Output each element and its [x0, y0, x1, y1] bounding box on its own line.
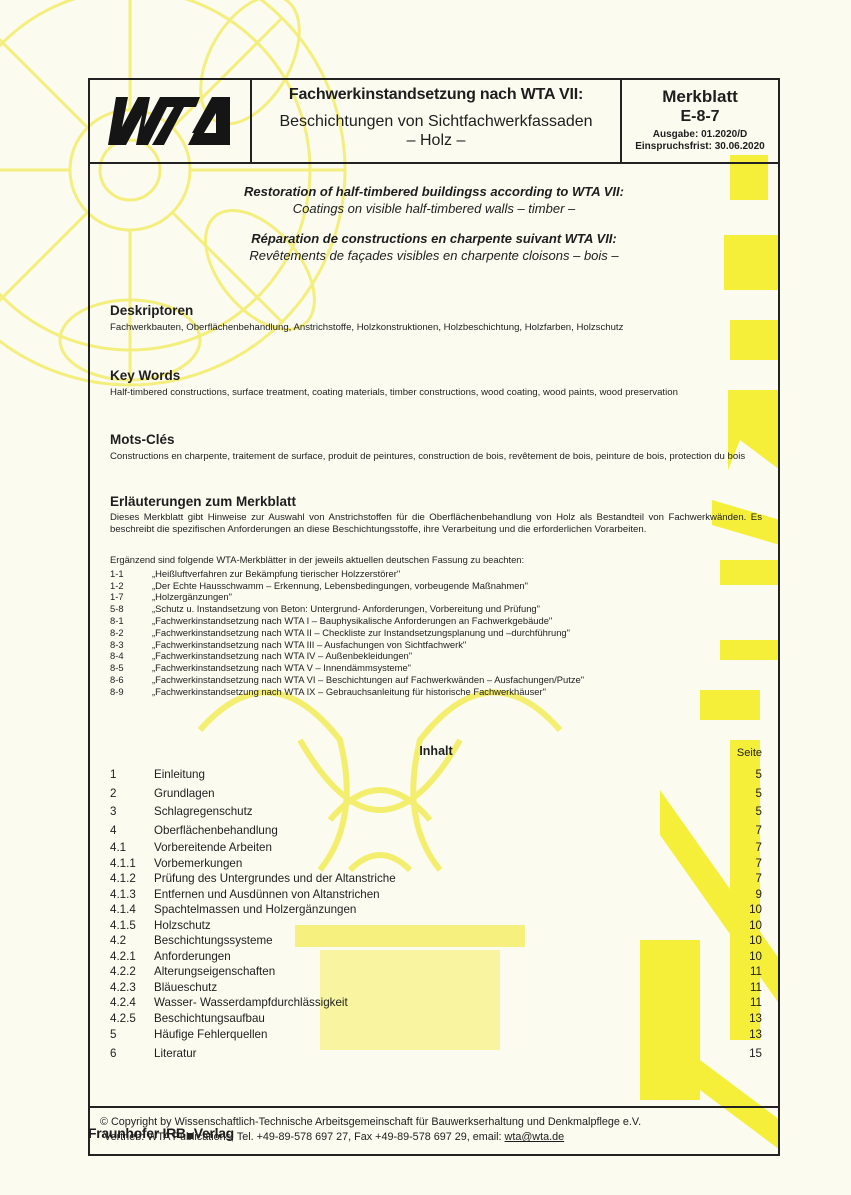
related-sheet-number: 8-6: [110, 674, 152, 686]
related-sheets-intro: Ergänzend sind folgende WTA-Merkblätter …: [110, 554, 762, 566]
related-sheet-title: „Fachwerkinstandsetzung nach WTA V – Inn…: [152, 662, 411, 674]
toc-entry-title: Holzschutz: [154, 918, 211, 934]
related-sheet-title: „Der Echte Hausschwamm – Erkennung, Lebe…: [152, 580, 528, 592]
keywords-heading: Key Words: [110, 368, 762, 383]
french-title: Réparation de constructions en charpente…: [90, 231, 778, 246]
toc-entry[interactable]: 4.1.4Spachtelmassen und Holzergänzungen1…: [110, 902, 762, 918]
toc-entry-title: Grundlagen: [154, 785, 215, 804]
related-sheet-item: 8-9„Fachwerkinstandsetzung nach WTA IX –…: [110, 686, 762, 698]
toc-entry-number: 5: [110, 1026, 154, 1045]
toc-entry-title: Spachtelmassen und Holzergänzungen: [154, 902, 356, 918]
document-subtitle-material: – Holz –: [252, 132, 620, 150]
toc-entry[interactable]: 4.2Beschichtungssysteme10: [110, 933, 762, 949]
toc-entry-title: Prüfung des Untergrundes und der Altanst…: [154, 871, 396, 887]
related-sheet-title: „Schutz u. Instandsetzung von Beton: Unt…: [152, 603, 540, 615]
toc-entry-number: 4.2.1: [110, 949, 154, 965]
publisher-logo: Fraunhofer IRBVerlag: [88, 1125, 234, 1141]
descriptors-text: Fachwerkbauten, Oberflächenbehandlung, A…: [110, 321, 762, 334]
toc-entry-page: 11: [750, 980, 762, 996]
related-sheet-number: 8-3: [110, 639, 152, 651]
toc-entry-number: 4.2.4: [110, 995, 154, 1011]
related-sheet-title: „Fachwerkinstandsetzung nach WTA II – Ch…: [152, 627, 570, 639]
toc-entry[interactable]: 2Grundlagen5: [110, 785, 762, 804]
toc-entry[interactable]: 4.1.1Vorbemerkungen7: [110, 856, 762, 872]
related-sheet-number: 8-5: [110, 662, 152, 674]
objection-deadline: Einspruchsfrist: 30.06.2020: [622, 141, 778, 152]
square-icon: [187, 1133, 193, 1139]
sheet-label: Merkblatt: [622, 87, 778, 107]
toc-entry-title: Beschichtungsaufbau: [154, 1011, 265, 1027]
toc-entry-number: 4.2.2: [110, 964, 154, 980]
toc-entry[interactable]: 4.1.3Entfernen und Ausdünnen von Altanst…: [110, 887, 762, 903]
toc-page-label: Seite: [737, 747, 762, 759]
toc-entry-page: 5: [756, 766, 762, 785]
related-sheet-number: 8-1: [110, 615, 152, 627]
explanations-text: Dieses Merkblatt gibt Hinweise zur Auswa…: [110, 512, 762, 536]
toc-entry[interactable]: 4.2.4Wasser- Wasserdampfdurchlässigkeit1…: [110, 995, 762, 1011]
related-sheet-item: 1-7„Holzergänzungen": [110, 591, 762, 603]
toc-entry-page: 13: [749, 1026, 762, 1045]
toc-entry-number: 1: [110, 766, 154, 785]
title-translations: Restoration of half-timbered buildingss …: [90, 184, 778, 263]
toc-entry-title: Literatur: [154, 1045, 197, 1064]
related-sheet-item: 1-1„Heißluftverfahren zur Bekämpfung tie…: [110, 568, 762, 580]
related-sheet-item: 8-5„Fachwerkinstandsetzung nach WTA V – …: [110, 662, 762, 674]
toc-entry-number: 4.2: [110, 933, 154, 949]
related-sheets-list: Ergänzend sind folgende WTA-Merkblätter …: [110, 554, 762, 698]
toc-entry-page: 11: [750, 964, 762, 980]
publisher-name: Fraunhofer IRB: [88, 1125, 186, 1141]
descriptors-heading: Deskriptoren: [110, 303, 762, 318]
toc-entry-title: Entfernen und Ausdünnen von Altanstriche…: [154, 887, 380, 903]
toc-entry[interactable]: 4.1.2Prüfung des Untergrundes und der Al…: [110, 871, 762, 887]
toc-entry-page: 10: [749, 949, 762, 965]
toc-entry[interactable]: 6Literatur15: [110, 1045, 762, 1064]
toc-entry-title: Vorbemerkungen: [154, 856, 242, 872]
toc-entry-number: 3: [110, 803, 154, 822]
related-sheet-item: 8-4„Fachwerkinstandsetzung nach WTA IV –…: [110, 650, 762, 662]
toc-entry[interactable]: 1Einleitung5: [110, 766, 762, 785]
edition-label: Ausgabe: 01.2020/D: [622, 129, 778, 140]
toc-entry-number: 4: [110, 822, 154, 841]
mots-cles-heading: Mots-Clés: [110, 432, 762, 447]
toc-entry-number: 4.2.5: [110, 1011, 154, 1027]
document-title: Fachwerkinstandsetzung nach WTA VII:: [252, 86, 620, 104]
toc-entry-page: 11: [750, 995, 762, 1011]
toc-entry-title: Häufige Fehlerquellen: [154, 1026, 267, 1045]
toc-entry-page: 7: [756, 840, 762, 856]
toc-entry-title: Bläueschutz: [154, 980, 217, 996]
related-sheet-number: 8-4: [110, 650, 152, 662]
toc-entry-page: 10: [749, 918, 762, 934]
toc-entry-page: 9: [756, 887, 762, 903]
english-title: Restoration of half-timbered buildingss …: [90, 184, 778, 199]
toc-entry[interactable]: 4.2.2Alterungseigenschaften11: [110, 964, 762, 980]
toc-entry-number: 2: [110, 785, 154, 804]
toc-entry-page: 7: [756, 871, 762, 887]
toc-entry[interactable]: 4.1.5Holzschutz10: [110, 918, 762, 934]
toc-entry[interactable]: 5Häufige Fehlerquellen13: [110, 1026, 762, 1045]
toc-heading: Inhalt: [110, 744, 762, 758]
toc-entry-title: Schlagregenschutz: [154, 803, 253, 822]
toc-entry-title: Oberflächenbehandlung: [154, 822, 278, 841]
toc-entry[interactable]: 4Oberflächenbehandlung7: [110, 822, 762, 841]
toc-entry-title: Einleitung: [154, 766, 205, 785]
toc-entry-page: 13: [749, 1011, 762, 1027]
related-sheet-title: „Heißluftverfahren zur Bekämpfung tieris…: [152, 568, 400, 580]
related-sheet-number: 8-9: [110, 686, 152, 698]
related-sheet-number: 5-8: [110, 603, 152, 615]
toc-entry[interactable]: 4.1Vorbereitende Arbeiten7: [110, 840, 762, 856]
related-sheet-item: 5-8„Schutz u. Instandsetzung von Beton: …: [110, 603, 762, 615]
toc-entry[interactable]: 4.2.3Bläueschutz11: [110, 980, 762, 996]
document-title-block: Fachwerkinstandsetzung nach WTA VII: Bes…: [252, 80, 622, 162]
explanations-heading: Erläuterungen zum Merkblatt: [110, 494, 762, 509]
related-sheet-item: 8-3„Fachwerkinstandsetzung nach WTA III …: [110, 639, 762, 651]
related-sheet-number: 1-2: [110, 580, 152, 592]
related-sheet-item: 8-6„Fachwerkinstandsetzung nach WTA VI –…: [110, 674, 762, 686]
related-sheet-title: „Fachwerkinstandsetzung nach WTA VI – Be…: [152, 674, 584, 686]
toc-entry[interactable]: 4.2.1Anforderungen10: [110, 949, 762, 965]
mots-cles-text: Constructions en charpente, traitement d…: [110, 450, 762, 463]
document-subtitle: Beschichtungen von Sichtfachwerkfassaden: [252, 113, 620, 131]
related-sheet-item: 1-2„Der Echte Hausschwamm – Erkennung, L…: [110, 580, 762, 592]
related-sheet-number: 1-1: [110, 568, 152, 580]
toc-entry-page: 5: [756, 803, 762, 822]
toc-entry-title: Beschichtungssysteme: [154, 933, 273, 949]
toc-entry-number: 6: [110, 1045, 154, 1064]
toc-entry-number: 4.1.5: [110, 918, 154, 934]
related-sheet-title: „Fachwerkinstandsetzung nach WTA IX – Ge…: [152, 686, 546, 698]
toc-entry-number: 4.2.3: [110, 980, 154, 996]
sheet-number: E-8-7: [622, 108, 778, 126]
keywords-text: Half-timbered constructions, surface tre…: [110, 386, 762, 399]
toc-entry-title: Alterungseigenschaften: [154, 964, 275, 980]
table-of-contents: Inhalt Seite 1Einleitung52Grundlagen53Sc…: [110, 744, 762, 1063]
related-sheet-item: 8-1„Fachwerkinstandsetzung nach WTA I – …: [110, 615, 762, 627]
toc-entry-page: 7: [756, 856, 762, 872]
related-sheet-title: „Fachwerkinstandsetzung nach WTA III – A…: [152, 639, 466, 651]
document-header: Fachwerkinstandsetzung nach WTA VII: Bes…: [90, 80, 778, 164]
toc-entry-title: Vorbereitende Arbeiten: [154, 840, 272, 856]
toc-entry-number: 4.1.3: [110, 887, 154, 903]
wta-logo: [90, 80, 252, 162]
toc-entry-number: 4.1.2: [110, 871, 154, 887]
descriptors-section: Deskriptoren Fachwerkbauten, Oberflächen…: [110, 303, 762, 334]
toc-entry-number: 4.1: [110, 840, 154, 856]
related-sheet-title: „Fachwerkinstandsetzung nach WTA I – Bau…: [152, 615, 552, 627]
mots-cles-section: Mots-Clés Constructions en charpente, tr…: [110, 432, 762, 463]
related-sheet-number: 8-2: [110, 627, 152, 639]
related-sheet-title: „Fachwerkinstandsetzung nach WTA IV – Au…: [152, 650, 412, 662]
toc-entry-page: 10: [749, 933, 762, 949]
email-link[interactable]: wta@wta.de: [505, 1131, 565, 1143]
toc-entry[interactable]: 4.2.5Beschichtungsaufbau13: [110, 1011, 762, 1027]
document-frame: Fachwerkinstandsetzung nach WTA VII: Bes…: [88, 78, 780, 1156]
publisher-name-suffix: Verlag: [194, 1125, 234, 1141]
english-subtitle: Coatings on visible half-timbered walls …: [90, 201, 778, 216]
toc-entry-number: 4.1.1: [110, 856, 154, 872]
toc-entry-title: Anforderungen: [154, 949, 231, 965]
toc-entry-page: 7: [756, 822, 762, 841]
toc-entry-title: Wasser- Wasserdampfdurchlässigkeit: [154, 995, 348, 1011]
keywords-section: Key Words Half-timbered constructions, s…: [110, 368, 762, 399]
related-sheet-number: 1-7: [110, 591, 152, 603]
sheet-info-block: Merkblatt E-8-7 Ausgabe: 01.2020/D Einsp…: [622, 80, 778, 162]
toc-entry-page: 15: [749, 1045, 762, 1064]
toc-entry-page: 5: [756, 785, 762, 804]
related-sheet-item: 8-2„Fachwerkinstandsetzung nach WTA II –…: [110, 627, 762, 639]
toc-entry-page: 10: [749, 902, 762, 918]
french-subtitle: Revêtements de façades visibles en charp…: [90, 248, 778, 263]
explanations-section: Erläuterungen zum Merkblatt Dieses Merkb…: [110, 494, 762, 536]
related-sheet-title: „Holzergänzungen": [152, 591, 232, 603]
toc-entry[interactable]: 3Schlagregenschutz5: [110, 803, 762, 822]
toc-entry-number: 4.1.4: [110, 902, 154, 918]
wta-logo-icon: [108, 97, 230, 145]
